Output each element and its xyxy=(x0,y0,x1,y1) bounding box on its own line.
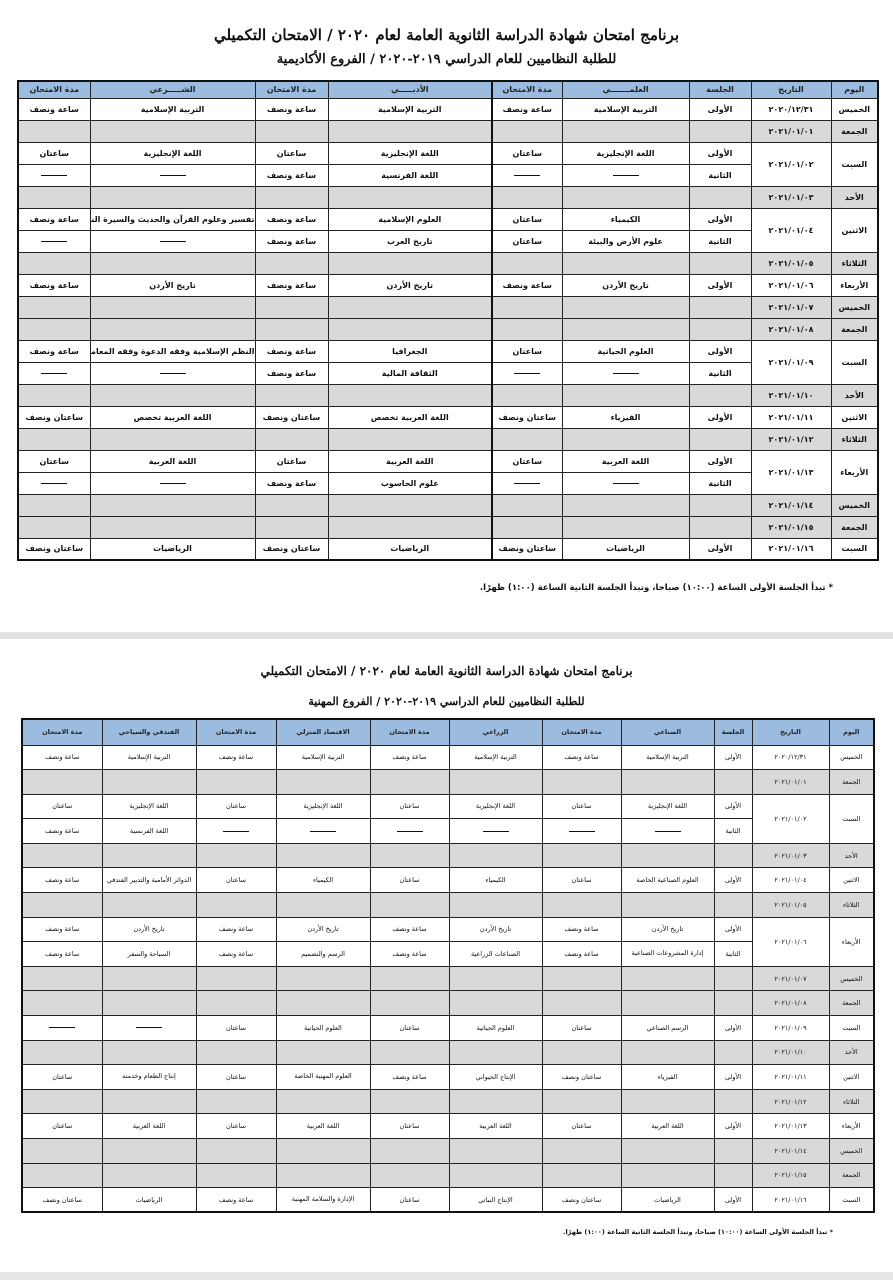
column-header: اليوم xyxy=(831,81,878,98)
duration-cell: ساعتان xyxy=(542,1016,621,1041)
day-cell: الأربعاء xyxy=(831,274,878,296)
duration-cell: ساعتان xyxy=(18,450,90,472)
date-cell: ٢٠٢١/٠١/١٣ xyxy=(752,1114,829,1139)
empty-cell xyxy=(714,1163,752,1188)
dash-placeholder xyxy=(514,483,540,484)
dash-placeholder xyxy=(41,373,67,374)
date-cell: ٢٠٢١/٠١/١٤ xyxy=(751,494,831,516)
session-cell: الأولى xyxy=(714,917,752,942)
empty-cell xyxy=(18,318,90,340)
academic-subtitle: للطلبة النظاميين للعام الدراسي ٢٠١٩-٢٠٢٠… xyxy=(0,52,893,67)
duration-cell: ساعتان xyxy=(255,450,328,472)
day-cell: الخميس xyxy=(831,98,878,120)
duration-cell: ساعة ونصف xyxy=(196,1188,276,1213)
duration-cell: ساعة ونصف xyxy=(255,362,328,384)
dash-placeholder xyxy=(223,831,249,832)
day-cell: الأحد xyxy=(829,1040,874,1065)
subject-cell xyxy=(90,472,255,494)
empty-cell xyxy=(18,494,90,516)
empty-cell xyxy=(255,186,328,208)
duration-cell: ساعة ونصف xyxy=(22,942,102,967)
empty-cell xyxy=(492,428,562,450)
table-row-no-exam: الجمعة٢٠٢١/٠١/٠١ xyxy=(18,120,878,142)
empty-cell xyxy=(689,252,751,274)
dash-placeholder xyxy=(514,175,540,176)
date-cell: ٢٠٢١/٠١/١٦ xyxy=(751,538,831,560)
table-header-row: اليومالتاريخالجلسةالعلمـــــــيمدة الامت… xyxy=(18,81,878,98)
empty-cell xyxy=(255,252,328,274)
empty-cell xyxy=(102,1040,196,1065)
session-cell: الأولى xyxy=(714,1016,752,1041)
session-time-note: * تبدأ الجلسة الأولى الساعة (١٠:٠٠) صباح… xyxy=(563,1228,833,1236)
empty-cell xyxy=(196,966,276,991)
table-row: الثانيةعلوم الحاسوبساعة ونصف xyxy=(18,472,878,494)
table-row-no-exam: الثلاثاء٢٠٢١/٠١/٠٥ xyxy=(22,893,874,918)
dash-placeholder xyxy=(613,175,639,176)
subject-cell: اللغة الإنجليزية xyxy=(90,142,255,164)
date-cell: ٢٠٢٠/١٢/٣١ xyxy=(752,745,829,770)
empty-cell xyxy=(276,1163,370,1188)
empty-cell xyxy=(689,494,751,516)
table-row-no-exam: الثلاثاء٢٠٢١/٠١/١٢ xyxy=(22,1089,874,1114)
duration-cell: ساعتان xyxy=(492,450,562,472)
day-cell: الأربعاء xyxy=(831,450,878,494)
session-cell: الأولى xyxy=(714,1065,752,1090)
subject-cell: تاريخ الأردن xyxy=(102,917,196,942)
empty-cell xyxy=(196,843,276,868)
empty-cell xyxy=(102,1089,196,1114)
empty-cell xyxy=(562,428,689,450)
subject-cell: التربية الإسلامية xyxy=(276,745,370,770)
table-row-no-exam: الجمعة٢٠٢١/٠١/٠١ xyxy=(22,770,874,795)
empty-cell xyxy=(90,428,255,450)
empty-cell xyxy=(370,1040,449,1065)
subject-cell: إدارة المشروعات الصناعية xyxy=(621,942,714,967)
subject-cell: اللغة الإنجليزية xyxy=(562,142,689,164)
empty-cell xyxy=(276,770,370,795)
empty-cell xyxy=(22,1040,102,1065)
empty-cell xyxy=(449,1163,542,1188)
empty-cell xyxy=(492,516,562,538)
column-header: اليوم xyxy=(829,719,874,745)
date-cell: ٢٠٢١/٠١/٠٥ xyxy=(752,893,829,918)
duration-cell: ساعتان xyxy=(492,340,562,362)
empty-cell xyxy=(276,1139,370,1164)
date-cell: ٢٠٢١/٠١/٠٧ xyxy=(751,296,831,318)
duration-cell: ساعة ونصف xyxy=(542,917,621,942)
empty-cell xyxy=(562,494,689,516)
empty-cell xyxy=(542,893,621,918)
duration-cell xyxy=(370,819,449,844)
empty-cell xyxy=(542,966,621,991)
day-cell: الاثنين xyxy=(829,868,874,893)
session-cell: الأولى xyxy=(689,98,751,120)
subject-cell: اللغة العربية تخصص xyxy=(90,406,255,428)
empty-cell xyxy=(621,1163,714,1188)
day-cell: الخميس xyxy=(831,494,878,516)
table-row: الثانيةاللغة الفرنسيةساعة ونصف xyxy=(22,819,874,844)
date-cell: ٢٠٢١/٠١/١٠ xyxy=(751,384,831,406)
empty-cell xyxy=(621,1089,714,1114)
empty-cell xyxy=(370,991,449,1016)
dash-placeholder xyxy=(160,373,186,374)
empty-cell xyxy=(714,966,752,991)
date-cell: ٢٠٢٠/١٢/٣١ xyxy=(751,98,831,120)
column-header: الاقتصاد المنزلي xyxy=(276,719,370,745)
empty-cell xyxy=(562,384,689,406)
empty-cell xyxy=(492,186,562,208)
empty-cell xyxy=(621,893,714,918)
table-row-no-exam: الخميس٢٠٢١/٠١/٠٧ xyxy=(22,966,874,991)
empty-cell xyxy=(328,494,492,516)
empty-cell xyxy=(22,1089,102,1114)
duration-cell: ساعتان xyxy=(492,142,562,164)
subject-cell: الرسم الصناعي xyxy=(621,1016,714,1041)
duration-cell: ساعة ونصف xyxy=(18,208,90,230)
subject-cell: العلوم الصناعية الخاصة xyxy=(621,868,714,893)
table-row: الأربعاء٢٠٢١/٠١/٠٦الأولىتاريخ الأردنساعة… xyxy=(22,917,874,942)
duration-cell: ساعة ونصف xyxy=(255,208,328,230)
duration-cell: ساعتان xyxy=(370,868,449,893)
empty-cell xyxy=(714,991,752,1016)
date-cell: ٢٠٢١/٠١/٠٣ xyxy=(751,186,831,208)
day-cell: الاثنين xyxy=(829,1065,874,1090)
day-cell: الجمعة xyxy=(829,991,874,1016)
empty-cell xyxy=(102,843,196,868)
duration-cell: ساعة ونصف xyxy=(255,472,328,494)
empty-cell xyxy=(714,1089,752,1114)
subject-cell: الرياضيات xyxy=(621,1188,714,1213)
academic-exam-table: اليومالتاريخالجلسةالعلمـــــــيمدة الامت… xyxy=(17,80,879,561)
vocational-subtitle: للطلبة النظاميين للعام الدراسي ٢٠١٩-٢٠٢٠… xyxy=(0,695,893,708)
subject-cell: التربية الإسلامية xyxy=(621,745,714,770)
duration-cell: ساعتان ونصف xyxy=(18,538,90,560)
empty-cell xyxy=(492,384,562,406)
date-cell: ٢٠٢١/٠١/١٥ xyxy=(751,516,831,538)
day-cell: الخميس xyxy=(829,966,874,991)
day-cell: السبت xyxy=(831,340,878,384)
vocational-exam-table: اليومالتاريخالجلسةالصناعيمدة الامتحانالز… xyxy=(21,718,875,1213)
subject-cell: علوم الحاسوب xyxy=(328,472,492,494)
duration-cell: ساعة ونصف xyxy=(492,98,562,120)
empty-cell xyxy=(562,252,689,274)
session-time-note: * تبدأ الجلسة الأولى الساعة (١٠:٠٠) صباح… xyxy=(480,583,833,593)
subject-cell: تاريخ الأردن xyxy=(90,274,255,296)
table-row-no-exam: الأحد٢٠٢١/٠١/١٠ xyxy=(22,1040,874,1065)
table-row-no-exam: الجمعة٢٠٢١/٠١/٠٨ xyxy=(18,318,878,340)
subject-cell: إنتاج الطعام وخدمته xyxy=(102,1065,196,1090)
page-bottom-edge xyxy=(0,1272,893,1280)
session-cell: الثانية xyxy=(689,362,751,384)
empty-cell xyxy=(492,252,562,274)
empty-cell xyxy=(22,893,102,918)
duration-cell: ساعتان xyxy=(370,1114,449,1139)
day-cell: الأحد xyxy=(831,384,878,406)
empty-cell xyxy=(449,770,542,795)
empty-cell xyxy=(714,1139,752,1164)
duration-cell xyxy=(196,819,276,844)
duration-cell: ساعتان xyxy=(196,868,276,893)
subject-cell: اللغة الفرنسية xyxy=(102,819,196,844)
date-cell: ٢٠٢١/٠١/٠٢ xyxy=(752,794,829,843)
empty-cell xyxy=(196,770,276,795)
empty-cell xyxy=(370,893,449,918)
session-cell: الأولى xyxy=(714,1114,752,1139)
duration-cell: ساعتان xyxy=(196,1065,276,1090)
day-cell: الأحد xyxy=(829,843,874,868)
table-row: الاثنين٢٠٢١/٠١/٠٤الأولىالكيمياءساعتانالع… xyxy=(18,208,878,230)
date-cell: ٢٠٢١/٠١/١١ xyxy=(752,1065,829,1090)
duration-cell: ساعتان xyxy=(196,1114,276,1139)
duration-cell xyxy=(492,472,562,494)
session-cell: الأولى xyxy=(714,794,752,819)
empty-cell xyxy=(328,516,492,538)
subject-cell: الإدارة والسلامة المهنية xyxy=(276,1188,370,1213)
subject-cell xyxy=(562,362,689,384)
subject-cell: العلوم الحياتية xyxy=(449,1016,542,1041)
empty-cell xyxy=(18,186,90,208)
empty-cell xyxy=(689,120,751,142)
table-row: الثانيةاللغة الفرنسيةساعة ونصف xyxy=(18,164,878,186)
day-cell: الثلاثاء xyxy=(829,893,874,918)
duration-cell: ساعتان xyxy=(18,142,90,164)
table-row: الثانيةالثقافة الماليةساعة ونصف xyxy=(18,362,878,384)
duration-cell: ساعتان xyxy=(542,1114,621,1139)
academic-title: برنامج امتحان شهادة الدراسة الثانوية الع… xyxy=(0,26,893,44)
subject-cell: التربية الإسلامية xyxy=(449,745,542,770)
empty-cell xyxy=(370,843,449,868)
subject-cell: تاريخ العرب xyxy=(328,230,492,252)
subject-cell: التربية الإسلامية xyxy=(562,98,689,120)
subject-cell: اللغة العربية xyxy=(90,450,255,472)
empty-cell xyxy=(542,1089,621,1114)
table-row: الأربعاء٢٠٢١/٠١/١٣الأولىاللغة العربيةساع… xyxy=(22,1114,874,1139)
empty-cell xyxy=(196,1139,276,1164)
table-row: الثانيةإدارة المشروعات الصناعيةساعة ونصف… xyxy=(22,942,874,967)
day-cell: الثلاثاء xyxy=(831,428,878,450)
subject-cell: تاريخ الأردن xyxy=(621,917,714,942)
subject-cell xyxy=(621,819,714,844)
duration-cell: ساعة ونصف xyxy=(542,942,621,967)
column-header: الفندقي والسياحي xyxy=(102,719,196,745)
date-cell: ٢٠٢١/٠١/٠٤ xyxy=(752,868,829,893)
empty-cell xyxy=(621,770,714,795)
empty-cell xyxy=(449,1089,542,1114)
empty-cell xyxy=(542,843,621,868)
empty-cell xyxy=(621,966,714,991)
dash-placeholder xyxy=(613,373,639,374)
duration-cell: ساعتان xyxy=(196,1016,276,1041)
date-cell: ٢٠٢١/٠١/١٢ xyxy=(752,1089,829,1114)
subject-cell: العلوم المهنية الخاصة xyxy=(276,1065,370,1090)
empty-cell xyxy=(22,770,102,795)
empty-cell xyxy=(276,1089,370,1114)
subject-cell: الثقافة المالية xyxy=(328,362,492,384)
duration-cell: ساعتان xyxy=(22,794,102,819)
date-cell: ٢٠٢١/٠١/١٦ xyxy=(752,1188,829,1213)
subject-cell: الرياضيات xyxy=(562,538,689,560)
empty-cell xyxy=(562,296,689,318)
empty-cell xyxy=(255,318,328,340)
empty-cell xyxy=(562,120,689,142)
session-cell: الأولى xyxy=(689,274,751,296)
table-row-no-exam: الجمعة٢٠٢١/٠١/١٥ xyxy=(22,1163,874,1188)
day-cell: الخميس xyxy=(831,296,878,318)
column-header: الجلسة xyxy=(714,719,752,745)
table-row: الاثنين٢٠٢١/٠١/١١الأولىالفيزياءساعتان ون… xyxy=(18,406,878,428)
subject-cell: اللغة العربية تخصص xyxy=(328,406,492,428)
empty-cell xyxy=(90,296,255,318)
duration-cell: ساعتان xyxy=(542,868,621,893)
empty-cell xyxy=(328,186,492,208)
duration-cell: ساعتان xyxy=(542,794,621,819)
column-header: التاريخ xyxy=(752,719,829,745)
empty-cell xyxy=(90,494,255,516)
empty-cell xyxy=(328,296,492,318)
dash-placeholder xyxy=(310,831,336,832)
subject-cell: اللغة الإنجليزية xyxy=(102,794,196,819)
empty-cell xyxy=(18,516,90,538)
subject-cell: اللغة الفرنسية xyxy=(328,164,492,186)
column-header: مدة الامتحان xyxy=(18,81,90,98)
day-cell: الجمعة xyxy=(831,516,878,538)
empty-cell xyxy=(449,1139,542,1164)
empty-cell xyxy=(276,991,370,1016)
empty-cell xyxy=(196,1040,276,1065)
duration-cell: ساعة ونصف xyxy=(370,942,449,967)
duration-cell: ساعة ونصف xyxy=(22,745,102,770)
column-header: مدة الامتحان xyxy=(22,719,102,745)
empty-cell xyxy=(689,186,751,208)
subject-cell xyxy=(562,472,689,494)
duration-cell: ساعة ونصف xyxy=(255,274,328,296)
empty-cell xyxy=(449,843,542,868)
duration-cell: ساعتان ونصف xyxy=(542,1065,621,1090)
empty-cell xyxy=(196,991,276,1016)
subject-cell: الرياضيات xyxy=(328,538,492,560)
duration-cell: ساعتان xyxy=(370,1188,449,1213)
empty-cell xyxy=(90,186,255,208)
duration-cell: ساعة ونصف xyxy=(196,917,276,942)
table-row: الأربعاء٢٠٢١/٠١/١٣الأولىاللغة العربيةساع… xyxy=(18,450,878,472)
empty-cell xyxy=(276,893,370,918)
empty-cell xyxy=(276,843,370,868)
empty-cell xyxy=(492,296,562,318)
empty-cell xyxy=(621,1040,714,1065)
date-cell: ٢٠٢١/٠١/١٢ xyxy=(751,428,831,450)
duration-cell: ساعتان ونصف xyxy=(255,406,328,428)
table-header-row: اليومالتاريخالجلسةالصناعيمدة الامتحانالز… xyxy=(22,719,874,745)
table-row: الخميس٢٠٢٠/١٢/٣١الأولىالتربية الإسلاميةس… xyxy=(18,98,878,120)
empty-cell xyxy=(255,120,328,142)
empty-cell xyxy=(90,318,255,340)
duration-cell: ساعة ونصف xyxy=(22,917,102,942)
empty-cell xyxy=(370,1089,449,1114)
subject-cell: الكيمياء xyxy=(562,208,689,230)
subject-cell: اللغة العربية xyxy=(276,1114,370,1139)
date-cell: ٢٠٢١/٠١/٠١ xyxy=(751,120,831,142)
duration-cell: ساعتان ونصف xyxy=(18,406,90,428)
session-cell: الأولى xyxy=(689,208,751,230)
date-cell: ٢٠٢١/٠١/٠٩ xyxy=(751,340,831,384)
subject-cell xyxy=(90,362,255,384)
dash-placeholder xyxy=(514,373,540,374)
duration-cell: ساعة ونصف xyxy=(22,868,102,893)
page-divider xyxy=(0,632,893,639)
empty-cell xyxy=(621,1139,714,1164)
day-cell: الاثنين xyxy=(831,208,878,252)
empty-cell xyxy=(18,120,90,142)
date-cell: ٢٠٢١/٠١/٠٥ xyxy=(751,252,831,274)
subject-cell: الجغرافيا xyxy=(328,340,492,362)
empty-cell xyxy=(370,1163,449,1188)
subject-cell: الرياضيات xyxy=(90,538,255,560)
subject-cell xyxy=(449,819,542,844)
empty-cell xyxy=(621,843,714,868)
table-row-no-exam: الخميس٢٠٢١/٠١/٠٧ xyxy=(18,296,878,318)
subject-cell: العلوم الحياتية xyxy=(276,1016,370,1041)
duration-cell: ساعتان ونصف xyxy=(492,406,562,428)
subject-cell xyxy=(90,164,255,186)
table-row-no-exam: الأحد٢٠٢١/٠١/٠٣ xyxy=(18,186,878,208)
empty-cell xyxy=(102,991,196,1016)
empty-cell xyxy=(714,770,752,795)
day-cell: السبت xyxy=(829,1016,874,1041)
session-cell: الأولى xyxy=(714,868,752,893)
column-header: الصناعي xyxy=(621,719,714,745)
empty-cell xyxy=(562,516,689,538)
table-row: السبت٢٠٢١/٠١/٠٢الأولىاللغة الإنجليزيةساع… xyxy=(18,142,878,164)
duration-cell: ساعة ونصف xyxy=(255,164,328,186)
vocational-title: برنامج امتحان شهادة الدراسة الثانوية الع… xyxy=(0,664,893,678)
empty-cell xyxy=(18,428,90,450)
subject-cell: النظم الإسلامية وفقه الدعوة وفقه المعامل… xyxy=(90,340,255,362)
subject-cell: تاريخ الأردن xyxy=(328,274,492,296)
empty-cell xyxy=(22,991,102,1016)
day-cell: الاثنين xyxy=(831,406,878,428)
date-cell: ٢٠٢١/٠١/٠٧ xyxy=(752,966,829,991)
empty-cell xyxy=(689,428,751,450)
session-cell: الثانية xyxy=(689,164,751,186)
column-header: مدة الامتحان xyxy=(370,719,449,745)
subject-cell: علوم الأرض والبيئة xyxy=(562,230,689,252)
duration-cell: ساعة ونصف xyxy=(492,274,562,296)
dash-placeholder xyxy=(160,241,186,242)
date-cell: ٢٠٢١/٠١/٠٣ xyxy=(752,843,829,868)
empty-cell xyxy=(328,120,492,142)
column-header: الأدبـــــي xyxy=(328,81,492,98)
subject-cell xyxy=(102,1016,196,1041)
session-cell: الثانية xyxy=(714,819,752,844)
empty-cell xyxy=(689,296,751,318)
subject-cell: اللغة الإنجليزية xyxy=(449,794,542,819)
empty-cell xyxy=(276,966,370,991)
day-cell: السبت xyxy=(829,1188,874,1213)
duration-cell: ساعة ونصف xyxy=(18,274,90,296)
table-row: الثانيةعلوم الأرض والبيئةساعتانتاريخ الع… xyxy=(18,230,878,252)
table-row-no-exam: الثلاثاء٢٠٢١/٠١/١٢ xyxy=(18,428,878,450)
duration-cell: ساعة ونصف xyxy=(542,745,621,770)
duration-cell: ساعة ونصف xyxy=(255,98,328,120)
empty-cell xyxy=(255,428,328,450)
session-cell: الأولى xyxy=(714,745,752,770)
empty-cell xyxy=(370,770,449,795)
empty-cell xyxy=(714,843,752,868)
dash-placeholder xyxy=(655,831,681,832)
session-cell: الأولى xyxy=(689,450,751,472)
duration-cell: ساعة ونصف xyxy=(255,230,328,252)
subject-cell: العلوم الحياتية xyxy=(562,340,689,362)
